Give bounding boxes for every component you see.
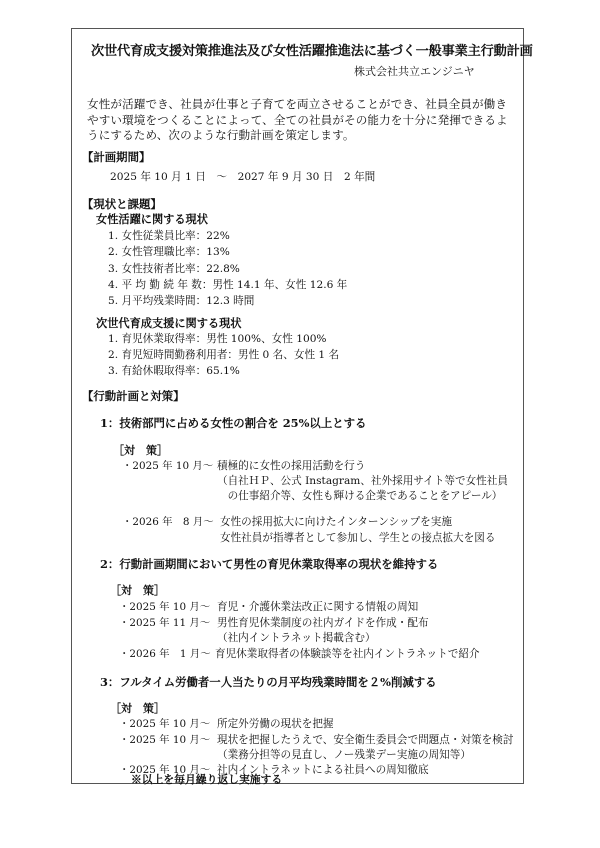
women-status-item: 2. 女性管理職比率：13% bbox=[108, 247, 230, 258]
goal-1-measures-label: ［対 策］ bbox=[113, 445, 168, 456]
goal-2-title: 2：行動計画期間において男性の育児休業取得率の現状を維持する bbox=[100, 559, 438, 570]
measure-text: 所定外労働の現状を把握 bbox=[217, 719, 334, 730]
measure-text: 育児・介護休業法改正に関する情報の周知 bbox=[217, 602, 418, 613]
intro-paragraph: 女性が活躍でき、社員が仕事と子育てを両立させることができ、社員全員が働きやすい環… bbox=[87, 97, 517, 144]
women-status-item: 1. 女性従業員比率：22% bbox=[108, 231, 230, 242]
measure-date: ・2025 年 10 月～ bbox=[122, 461, 213, 471]
plan-period-heading: 【計画期間】 bbox=[82, 152, 150, 163]
measure-text: （社内イントラネット掲載含む） bbox=[217, 633, 376, 644]
measure-text: （自社ＨＰ、公式 Instagram、社外採用サイト等で女性社員 bbox=[217, 476, 508, 487]
measure-date: ・2025 年 10 月～ bbox=[119, 602, 210, 612]
next-gen-status-item: 3. 有給休暇取得率：65.1% bbox=[108, 366, 240, 377]
women-status-item: 5. 月平均残業時間：12.3 時間 bbox=[108, 296, 254, 307]
document-title: 次世代育成支援対策推進法及び女性活躍推進法に基づく一般事業主行動計画 bbox=[91, 45, 533, 58]
plan-period-text: 2025 年 10 月 1 日 ～ 2027 年 9 月 30 日 2 年間 bbox=[110, 172, 375, 183]
measure-text: の仕事紹介等、女性も輝ける企業であることをアピール） bbox=[217, 491, 502, 502]
measure-text: 男性育児休業制度の社内ガイドを作成・配布 bbox=[217, 618, 429, 629]
measure-date: ・2025 年 11 月～ bbox=[119, 618, 210, 628]
measure-date: ・2026 年 8 月～ bbox=[122, 517, 214, 527]
measure-date: ・2025 年 10 月～ bbox=[119, 735, 210, 745]
next-gen-status-item: 1. 育児休業取得率：男性 100%、女性 100% bbox=[108, 334, 327, 345]
measure-date: ・2026 年 1 月～ bbox=[119, 649, 211, 659]
next-gen-status-item: 2. 育児短時間勤務利用者：男性 0 名、女性 1 名 bbox=[108, 350, 339, 361]
measure-text: 現状を把握したうえで、安全衛生委員会で問題点・対策を検討 bbox=[217, 735, 513, 746]
next-gen-status-heading: 次世代育成支援に関する現状 bbox=[96, 318, 241, 329]
goal-1-title: 1：技術部門に占める女性の割合を 25%以上とする bbox=[100, 418, 366, 429]
goal-3-title: 3：フルタイム労働者一人当たりの月平均残業時間を２%削減する bbox=[100, 677, 437, 688]
measure-text: 育児休業取得者の体験談等を社内イントラネットで紹介 bbox=[215, 649, 480, 660]
women-status-heading: 女性活躍に関する現状 bbox=[96, 214, 208, 225]
measure-text: （業務分担等の見直し、ノー残業デー実施の周知等） bbox=[217, 750, 471, 761]
company-name: 株式会社共立エンジニヤ bbox=[354, 66, 475, 77]
action-plan-heading: 【行動計画と対策】 bbox=[82, 391, 185, 402]
measure-text: 女性の採用拡大に向けたインターンシップを実施 bbox=[220, 517, 452, 528]
goal-3-measures-label: ［対 策］ bbox=[110, 703, 165, 714]
women-status-item: 4. 平 均 勤 続 年 数：男性 14.1 年、女性 12.6 年 bbox=[108, 280, 347, 291]
women-status-item: 3. 女性技術者比率：22.8% bbox=[108, 264, 240, 275]
measure-text: 積極的に女性の採用活動を行う bbox=[217, 461, 365, 472]
repeat-note: ※以上を毎月繰り返し実施する bbox=[131, 775, 282, 786]
current-status-heading: 【現状と課題】 bbox=[82, 199, 162, 210]
measure-text: 女性社員が指導者として参加し、学生との接点拡大を図る bbox=[220, 533, 495, 544]
goal-2-measures-label: ［対 策］ bbox=[110, 585, 165, 596]
measure-date: ・2025 年 10 月～ bbox=[119, 719, 210, 729]
